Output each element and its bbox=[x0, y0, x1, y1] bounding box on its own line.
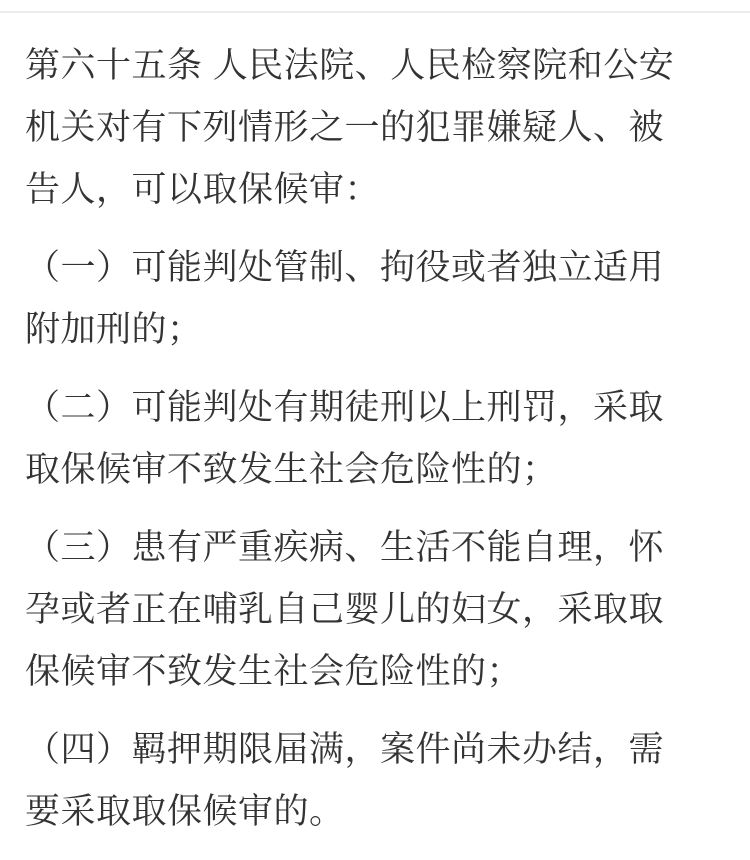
article-body: 第六十五条 人民法院、人民检察院和公安 机关对有下列情形之一的犯罪嫌疑人、被 告… bbox=[0, 13, 750, 843]
paragraph-item-3: （三）患有严重疾病、生活不能自理，怀 孕或者正在哺乳自己婴儿的妇女，采取取 保候… bbox=[25, 517, 712, 703]
page: { "page": { "colors": { "bg": "#ffffff",… bbox=[0, 0, 750, 860]
text-line: （二）可能判处有期徒刑以上刑罚，采取 bbox=[25, 377, 712, 439]
paragraph-article-intro: 第六十五条 人民法院、人民检察院和公安 机关对有下列情形之一的犯罪嫌疑人、被 告… bbox=[25, 35, 712, 221]
paragraph-item-4: （四）羁押期限届满，案件尚未办结，需 要采取取保候审的。 bbox=[25, 719, 712, 843]
text-line: 告人，可以取保候审： bbox=[25, 159, 712, 221]
text-line: 保候审不致发生社会危险性的； bbox=[25, 641, 712, 703]
text-line: （三）患有严重疾病、生活不能自理，怀 bbox=[25, 517, 712, 579]
text-line: 取保候审不致发生社会危险性的； bbox=[25, 439, 712, 501]
text-line: 孕或者正在哺乳自己婴儿的妇女，采取取 bbox=[25, 579, 712, 641]
paragraph-item-2: （二）可能判处有期徒刑以上刑罚，采取 取保候审不致发生社会危险性的； bbox=[25, 377, 712, 501]
text-line: （四）羁押期限届满，案件尚未办结，需 bbox=[25, 719, 712, 781]
text-line: （一）可能判处管制、拘役或者独立适用 bbox=[25, 237, 712, 299]
paragraph-item-1: （一）可能判处管制、拘役或者独立适用 附加刑的； bbox=[25, 237, 712, 361]
text-line: 机关对有下列情形之一的犯罪嫌疑人、被 bbox=[25, 97, 712, 159]
text-line: 附加刑的； bbox=[25, 299, 712, 361]
text-line: 第六十五条 人民法院、人民检察院和公安 bbox=[25, 35, 712, 97]
text-line: 要采取取保候审的。 bbox=[25, 781, 712, 843]
